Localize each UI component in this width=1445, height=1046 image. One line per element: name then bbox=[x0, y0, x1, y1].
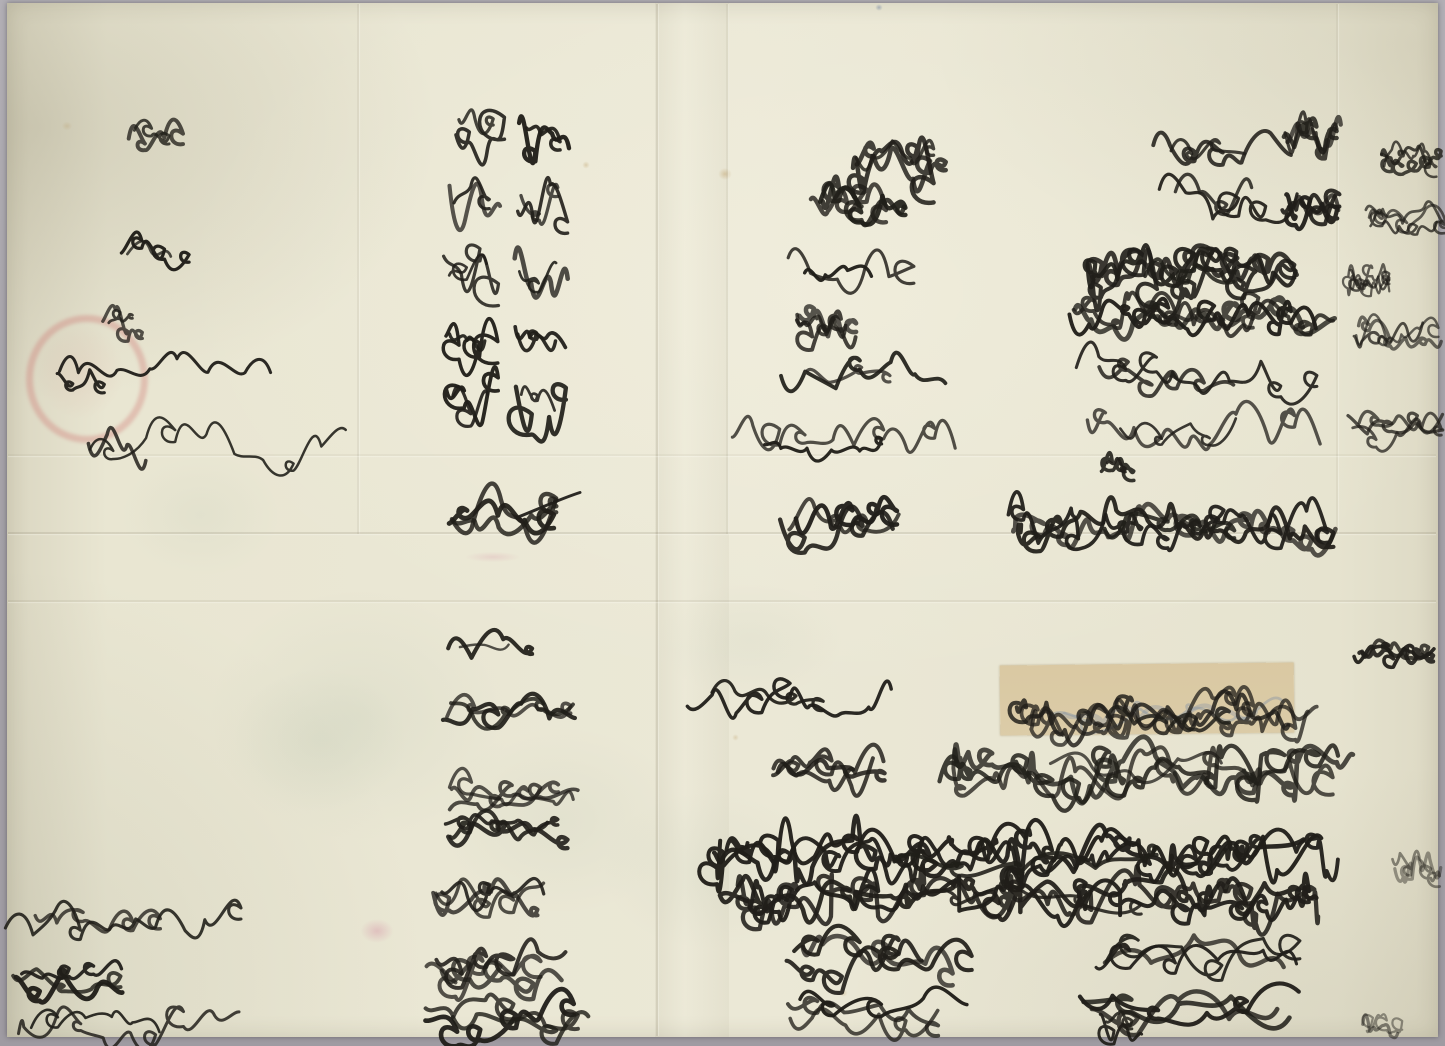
photo-frame bbox=[0, 0, 1445, 1046]
ink-tr-right-7 bbox=[1076, 342, 1317, 404]
ink-tr-right-8 bbox=[1087, 401, 1320, 449]
ink-tr-right-4 bbox=[1282, 191, 1339, 230]
ink-bl-3a bbox=[450, 768, 578, 810]
calligraphy-layer bbox=[0, 0, 1445, 1046]
ink-tr-right-6 bbox=[1069, 293, 1334, 340]
fold-crease bbox=[8, 601, 1436, 603]
ink-col-pair-4 bbox=[443, 319, 565, 376]
ink-stroke bbox=[456, 110, 504, 164]
ink-col-pair-3 bbox=[444, 245, 568, 306]
ink-bl-3b bbox=[446, 811, 568, 849]
ink-br-2 bbox=[773, 745, 884, 796]
ink-stroke bbox=[444, 245, 499, 306]
ink-stroke bbox=[790, 1009, 938, 1040]
ink-stroke bbox=[121, 232, 189, 270]
ink-stroke bbox=[519, 116, 569, 163]
ink-col-pair-2 bbox=[450, 178, 568, 234]
ink-stroke bbox=[1359, 411, 1442, 433]
ink-col-signature bbox=[449, 484, 580, 543]
ink-edge-6 bbox=[1354, 640, 1434, 667]
ink-tl-1 bbox=[129, 120, 183, 151]
ink-tr-mid-7 bbox=[780, 497, 899, 553]
ink-edge-1 bbox=[1382, 142, 1442, 177]
ink-stroke bbox=[1099, 359, 1233, 396]
ink-stroke bbox=[521, 386, 554, 410]
ink-stroke bbox=[732, 416, 955, 452]
ink-tl-2 bbox=[121, 232, 189, 270]
ink-stroke bbox=[57, 370, 104, 393]
ink-br-patch-text bbox=[1010, 687, 1317, 745]
ink-tr-mid-3 bbox=[788, 249, 914, 294]
ink-tl-3 bbox=[103, 306, 143, 342]
ink-br-9 bbox=[1080, 983, 1299, 1035]
ink-stroke bbox=[509, 384, 566, 441]
ink-edge-2 bbox=[1366, 201, 1445, 234]
ink-stroke bbox=[443, 319, 498, 376]
ink-tr-mid-4 bbox=[797, 306, 856, 350]
ink-bl-5 bbox=[427, 939, 566, 1000]
ink-tl-flourish-1 bbox=[57, 352, 270, 392]
ink-tr-right-2 bbox=[1284, 112, 1341, 159]
ink-edge-7 bbox=[1393, 851, 1441, 887]
ink-edge-8 bbox=[1362, 1014, 1402, 1037]
ink-stroke bbox=[450, 184, 501, 230]
ink-stroke bbox=[1366, 201, 1444, 233]
ink-br-3 bbox=[940, 737, 1353, 811]
ink-tl-flourish-2 bbox=[88, 417, 345, 475]
ink-bl-4 bbox=[433, 879, 544, 918]
ink-tr-right-3 bbox=[1159, 174, 1297, 222]
ink-stroke bbox=[448, 630, 532, 658]
ink-br-6 bbox=[787, 926, 972, 993]
ink-br-7 bbox=[1096, 935, 1300, 980]
ink-tr-mid-5 bbox=[781, 353, 945, 392]
fold-crease bbox=[657, 4, 659, 1036]
ink-edge-4 bbox=[1354, 314, 1441, 349]
ink-br-1 bbox=[687, 679, 891, 718]
fold-crease bbox=[8, 533, 1436, 535]
ink-tr-right-1 bbox=[1153, 131, 1291, 165]
fold-crease bbox=[8, 455, 1436, 457]
ink-bl-1 bbox=[448, 630, 532, 658]
ink-bl-2 bbox=[443, 694, 575, 729]
ink-edge-3 bbox=[1343, 264, 1389, 296]
ink-edge-5 bbox=[1348, 411, 1443, 451]
ink-col-pair-1 bbox=[456, 110, 569, 165]
ink-bl-9 bbox=[19, 1007, 240, 1046]
ink-col-pair-5 bbox=[445, 367, 566, 442]
ink-tr-right-10 bbox=[1008, 492, 1335, 556]
ink-bl-8 bbox=[13, 961, 122, 1003]
ink-bl-7 bbox=[5, 900, 241, 939]
ink-br-8 bbox=[788, 987, 967, 1040]
ink-tr-mid-2 bbox=[811, 177, 906, 225]
